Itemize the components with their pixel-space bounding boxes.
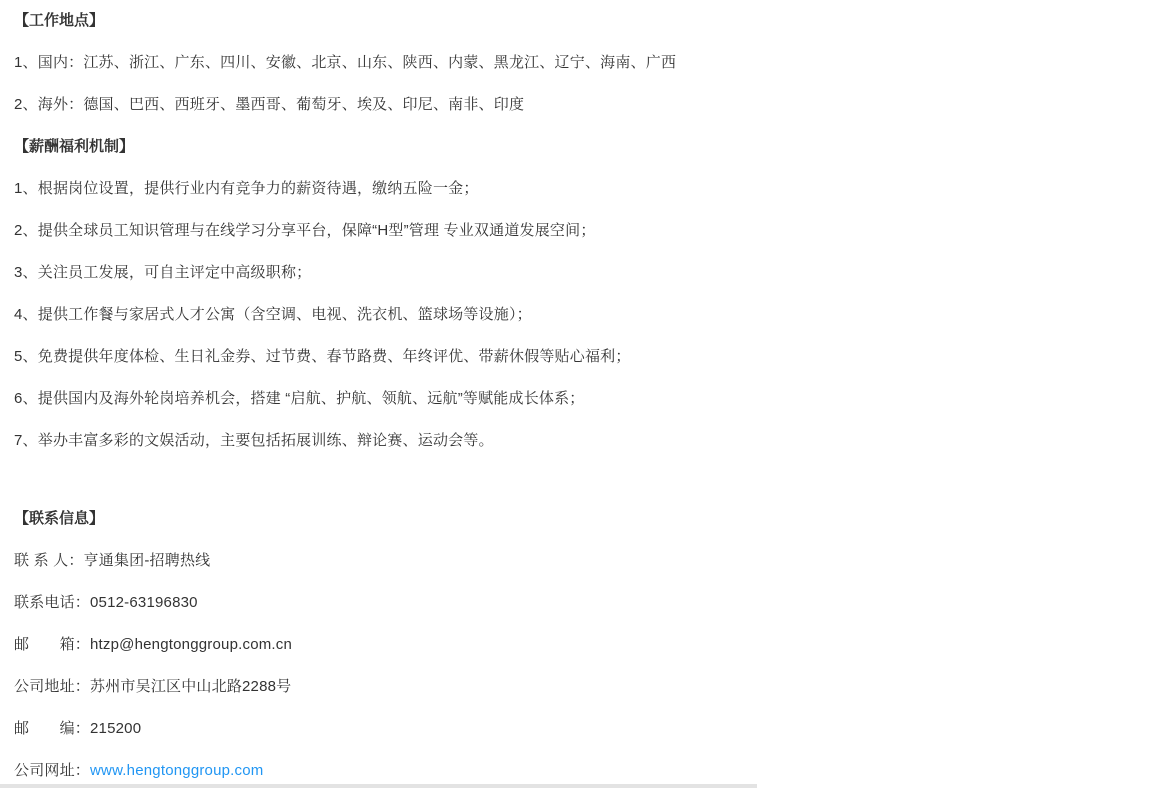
company-website-line: 公司网址：www.hengtonggroup.com xyxy=(14,760,1144,782)
benefit-item-5: 5、免费提供年度体检、生日礼金券、过节费、春节路费、年终评优、带薪休假等贴心福利… xyxy=(14,346,1144,368)
section-heading-contact-info: 【联系信息】 xyxy=(14,508,1144,530)
company-address-line: 公司地址：苏州市吴江区中山北路2288号 xyxy=(14,676,1144,698)
contact-person-value: 亨通集团-招聘热线 xyxy=(84,552,211,569)
contact-person-line: 联 系 人：亨通集团-招聘热线 xyxy=(14,550,1144,572)
postal-code-label: 邮 编： xyxy=(14,720,90,737)
company-address-value: 苏州市吴江区中山北路2288号 xyxy=(90,678,291,695)
contact-person-label: 联 系 人： xyxy=(14,552,84,569)
company-website-label: 公司网址： xyxy=(14,762,90,779)
benefit-item-2: 2、提供全球员工知识管理与在线学习分享平台，保障“H型”管理 专业双通道发展空间… xyxy=(14,220,1144,242)
domestic-locations-line: 1、国内：江苏、浙江、广东、四川、安徽、北京、山东、陕西、内蒙、黑龙江、辽宁、海… xyxy=(14,52,1144,74)
benefit-item-1: 1、根据岗位设置，提供行业内有竞争力的薪资待遇，缴纳五险一金； xyxy=(14,178,1144,200)
postal-code-line: 邮 编：215200 xyxy=(14,718,1144,740)
contact-phone-label: 联系电话： xyxy=(14,594,90,611)
benefit-item-4: 4、提供工作餐与家居式人才公寓（含空调、电视、洗衣机、篮球场等设施）； xyxy=(14,304,1144,326)
contact-email-value: htzp@hengtonggroup.com.cn xyxy=(90,636,292,653)
section-heading-compensation-benefits: 【薪酬福利机制】 xyxy=(14,136,1144,158)
company-address-label: 公司地址： xyxy=(14,678,90,695)
benefit-item-6: 6、提供国内及海外轮岗培养机会，搭建 “启航、护航、领航、远航”等赋能成长体系； xyxy=(14,388,1144,410)
contact-phone-value: 0512-63196830 xyxy=(90,594,198,611)
contact-email-line: 邮 箱：htzp@hengtonggroup.com.cn xyxy=(14,634,1144,656)
horizontal-scrollbar-thumb[interactable] xyxy=(0,784,757,788)
benefit-item-7: 7、举办丰富多彩的文娱活动，主要包括拓展训练、辩论赛、运动会等。 xyxy=(14,430,1144,452)
company-website-link[interactable]: www.hengtonggroup.com xyxy=(90,762,263,779)
overseas-locations-line: 2、海外：德国、巴西、西班牙、墨西哥、葡萄牙、埃及、印尼、南非、印度 xyxy=(14,94,1144,116)
postal-code-value: 215200 xyxy=(90,720,141,737)
section-heading-work-locations: 【工作地点】 xyxy=(14,10,1144,32)
contact-email-label: 邮 箱： xyxy=(14,636,90,653)
contact-phone-line: 联系电话：0512-63196830 xyxy=(14,592,1144,614)
job-posting-document: 【工作地点】 1、国内：江苏、浙江、广东、四川、安徽、北京、山东、陕西、内蒙、黑… xyxy=(0,0,1168,782)
benefit-item-3: 3、关注员工发展，可自主评定中高级职称； xyxy=(14,262,1144,284)
section-gap xyxy=(14,472,1144,508)
